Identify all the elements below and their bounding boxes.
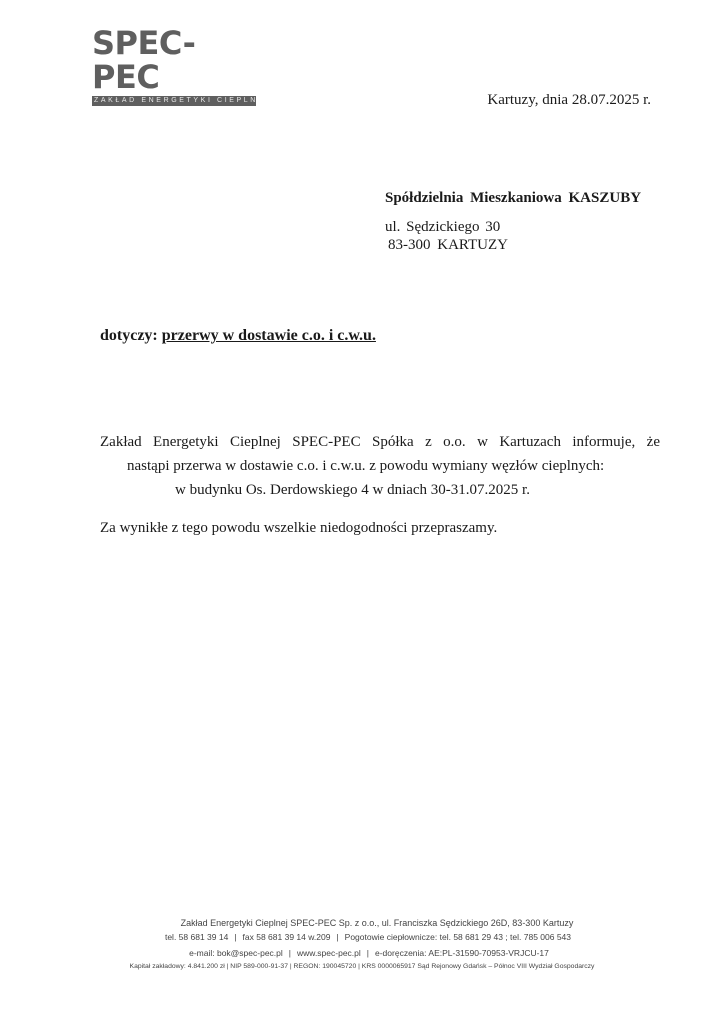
footer-online: e-mail: bok@spec-pec.pl|www.spec-pec.pl|…	[0, 946, 724, 960]
separator: |	[367, 948, 369, 958]
recipient-name: Spółdzielnia Mieszkaniowa KASZUBY	[385, 189, 641, 207]
footer-email: e-mail: bok@spec-pec.pl	[189, 948, 283, 958]
footer-contacts: tel. 58 681 39 14|fax 58 681 39 14 w.209…	[0, 930, 724, 944]
place-date: Kartuzy, dnia 28.07.2025 r.	[487, 92, 651, 109]
footer-address: Zakład Energetyki Cieplnej SPEC-PEC Sp. …	[0, 916, 724, 930]
footer-phone: tel. 58 681 39 14	[165, 932, 228, 942]
recipient-street: ul. Sędzickiego 30	[385, 218, 641, 236]
logo-tagline: ZAKŁAD ENERGETYKI CIEPLNEJ	[92, 96, 256, 106]
separator: |	[234, 932, 236, 942]
body-line-3: w budynku Os. Derdowskiego 4 w dniach 30…	[100, 478, 660, 502]
body-apology: Za wynikłe z tego powodu wszelkie niedog…	[100, 516, 660, 540]
footer-edelivery: e-doręczenia: AE:PL-31590-70953-VRJCU-17	[375, 948, 549, 958]
subject-line: dotyczy: przerwy w dostawie c.o. i c.w.u…	[100, 327, 376, 345]
recipient-address: Spółdzielnia Mieszkaniowa KASZUBY ul. Sę…	[385, 189, 641, 254]
company-logo: SPEC-PEC ZAKŁAD ENERGETYKI CIEPLNEJ	[92, 26, 257, 106]
separator: |	[289, 948, 291, 958]
body-line-2: nastąpi przerwa w dostawie c.o. i c.w.u.…	[100, 454, 660, 478]
body-line-1: Zakład Energetyki Cieplnej SPEC-PEC Spół…	[100, 430, 660, 454]
footer-emergency: Pogotowie ciepłownicze: tel. 58 681 29 4…	[345, 932, 571, 942]
footer-registry: Kapitał zakładowy: 4.841.200 zł | NIP 58…	[0, 960, 724, 974]
letterhead-footer: Zakład Energetyki Cieplnej SPEC-PEC Sp. …	[0, 916, 724, 974]
logo-wordmark: SPEC-PEC	[92, 26, 257, 94]
subject-label: dotyczy:	[100, 327, 158, 344]
subject-text: przerwy w dostawie c.o. i c.w.u.	[162, 327, 376, 344]
separator: |	[336, 932, 338, 942]
letter-body: Zakład Energetyki Cieplnej SPEC-PEC Spół…	[100, 430, 660, 540]
recipient-city: 83-300 KARTUZY	[385, 236, 641, 254]
footer-website: www.spec-pec.pl	[297, 948, 361, 958]
footer-fax: fax 58 681 39 14 w.209	[243, 932, 331, 942]
